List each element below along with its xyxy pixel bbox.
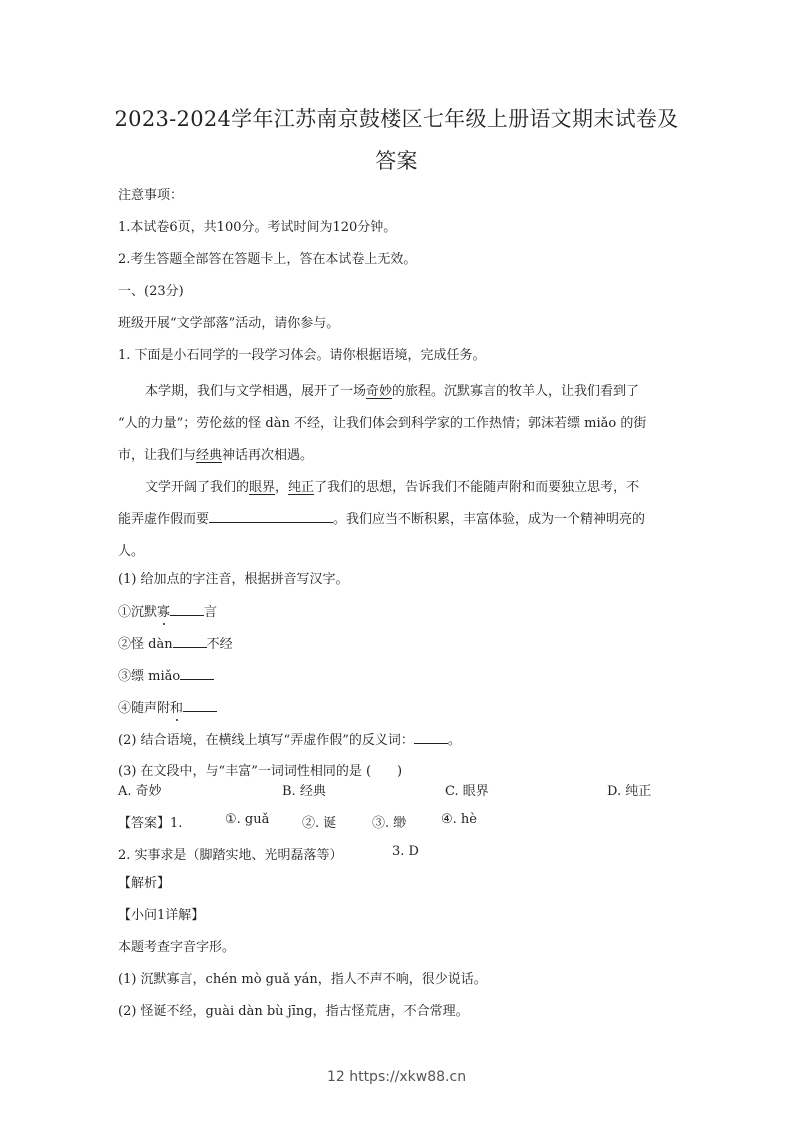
fill-in-blank — [173, 636, 207, 648]
analysis-item-2: (2) 怪诞不经，guài dàn bù jīng，指古怪荒唐，不合常理。 — [118, 1004, 469, 1020]
item-text: ①沉默 — [118, 605, 157, 620]
sub-question-1-item-4: ④随声附和 — [118, 700, 217, 717]
sub-question-1-item-2: ②怪 dàn不经 — [118, 636, 233, 653]
exam-page: 2023-2024学年江苏南京鼓楼区七年级上册语文期末试卷及 答案 注意事项： … — [0, 0, 793, 1122]
answer-label: 【答案】1. — [118, 812, 182, 831]
item-text: 。 — [448, 733, 461, 748]
answer-3: 3. D — [392, 844, 419, 859]
passage-line: 能弄虚作假而要。我们应当不断积累，丰富体验，成为一个精神明亮的 — [118, 508, 678, 527]
item-text: 言 — [204, 605, 217, 620]
passage-text: 市，让我们与 — [118, 448, 196, 463]
sub-question-2-prompt: (2) 结合语境，在横线上填写“弄虚作假”的反义词：。 — [118, 732, 461, 749]
sub-question-3-prompt: (3) 在文段中，与“丰富”一词词性相同的是 ( ) — [118, 764, 402, 780]
passage-text: 文学开阔了我们的 — [145, 480, 249, 495]
fill-in-blank — [180, 668, 214, 680]
answer-1-1: ①. guǎ — [225, 812, 269, 827]
question-1-intro: 1. 下面是小石同学的一段学习体会。请你根据语境，完成任务。 — [118, 348, 486, 364]
passage-text: 能弄虚作假而要 — [118, 512, 209, 527]
passage-line: “人的力量”；劳伦兹的怪 dàn 不经，让我们体会到科学家的工作热情；郭沫若缥 … — [118, 412, 678, 431]
passage-text: 本学期，我们与文学相遇，展开了一场 — [145, 384, 366, 399]
option-b: B. 经典 — [282, 780, 326, 799]
analysis-heading: 【解析】 — [118, 876, 170, 892]
answer-1-4: ④. hè — [441, 812, 477, 827]
analysis-item-1: (1) 沉默寡言，chén mò guǎ yán，指人不声不响，很少说话。 — [118, 972, 487, 988]
document-title-line1: 2023-2024学年江苏南京鼓楼区七年级上册语文期末试卷及 — [100, 103, 693, 133]
passage-line: 本学期，我们与文学相遇，展开了一场奇妙的旅程。沉默寡言的牧羊人，让我们看到了 — [145, 380, 705, 399]
sub-question-1-item-1: ①沉默寡言 — [118, 604, 217, 621]
page-footer: 12 https://xkw88.cn — [0, 1069, 793, 1085]
passage-text: 。我们应当不断积累，丰富体验，成为一个精神明亮的 — [333, 512, 645, 527]
item-text: ②怪 dàn — [118, 637, 173, 652]
document-title-line2: 答案 — [100, 145, 693, 175]
underlined-word: 纯正 — [288, 480, 314, 495]
answer-1-3: ③. 缈 — [372, 812, 406, 831]
notice-item-1: 1.本试卷6页，共100分。考试时间为120分钟。 — [118, 220, 396, 236]
analysis-intro: 本题考查字音字形。 — [118, 940, 235, 956]
dotted-character: 寡 — [157, 605, 170, 621]
option-c: C. 眼界 — [445, 780, 489, 799]
underlined-word: 眼界 — [249, 480, 275, 495]
option-a: A. 奇妙 — [118, 780, 162, 799]
item-text: 不经 — [207, 637, 233, 652]
analysis-sub-heading: 【小问1详解】 — [118, 908, 204, 924]
notice-item-2: 2.考生答题全部答在答题卡上，答在本试卷上无效。 — [118, 252, 416, 268]
fill-in-blank — [209, 511, 333, 523]
item-text: ④随声附 — [118, 701, 170, 716]
passage-text: 了我们的思想，告诉我们不能随声附和而要独立思考，不 — [314, 480, 639, 495]
item-text: ③缥 miǎo — [118, 669, 180, 684]
passage-line: 人。 — [118, 540, 678, 559]
passage-text: 的旅程。沉默寡言的牧羊人，让我们看到了 — [392, 384, 639, 399]
fill-in-blank — [183, 700, 217, 712]
passage-line: 市，让我们与经典神话再次相遇。 — [118, 444, 678, 463]
passage-text: 神话再次相遇。 — [222, 448, 313, 463]
passage-text: ， — [275, 480, 288, 495]
sub-question-1-prompt: (1) 给加点的字注音，根据拼音写汉字。 — [118, 572, 349, 588]
notice-heading: 注意事项： — [118, 188, 183, 204]
option-d: D. 纯正 — [607, 780, 651, 799]
dotted-character: 和 — [170, 701, 183, 717]
fill-in-blank — [170, 604, 204, 616]
underlined-word: 经典 — [196, 448, 222, 463]
underlined-word: 奇妙 — [366, 384, 392, 399]
activity-intro: 班级开展“文学部落”活动，请你参与。 — [118, 316, 339, 332]
item-text: (2) 结合语境，在横线上填写“弄虚作假”的反义词： — [118, 733, 414, 748]
passage-line: 文学开阔了我们的眼界，纯正了我们的思想，告诉我们不能随声附和而要独立思考，不 — [145, 476, 705, 495]
answer-1-2: ②. 诞 — [302, 812, 336, 831]
answer-2: 2. 实事求是（脚踏实地、光明磊落等） — [118, 844, 343, 863]
fill-in-blank — [414, 732, 448, 744]
sub-question-1-item-3: ③缥 miǎo — [118, 668, 214, 685]
section-heading: 一、(23分) — [118, 284, 184, 300]
